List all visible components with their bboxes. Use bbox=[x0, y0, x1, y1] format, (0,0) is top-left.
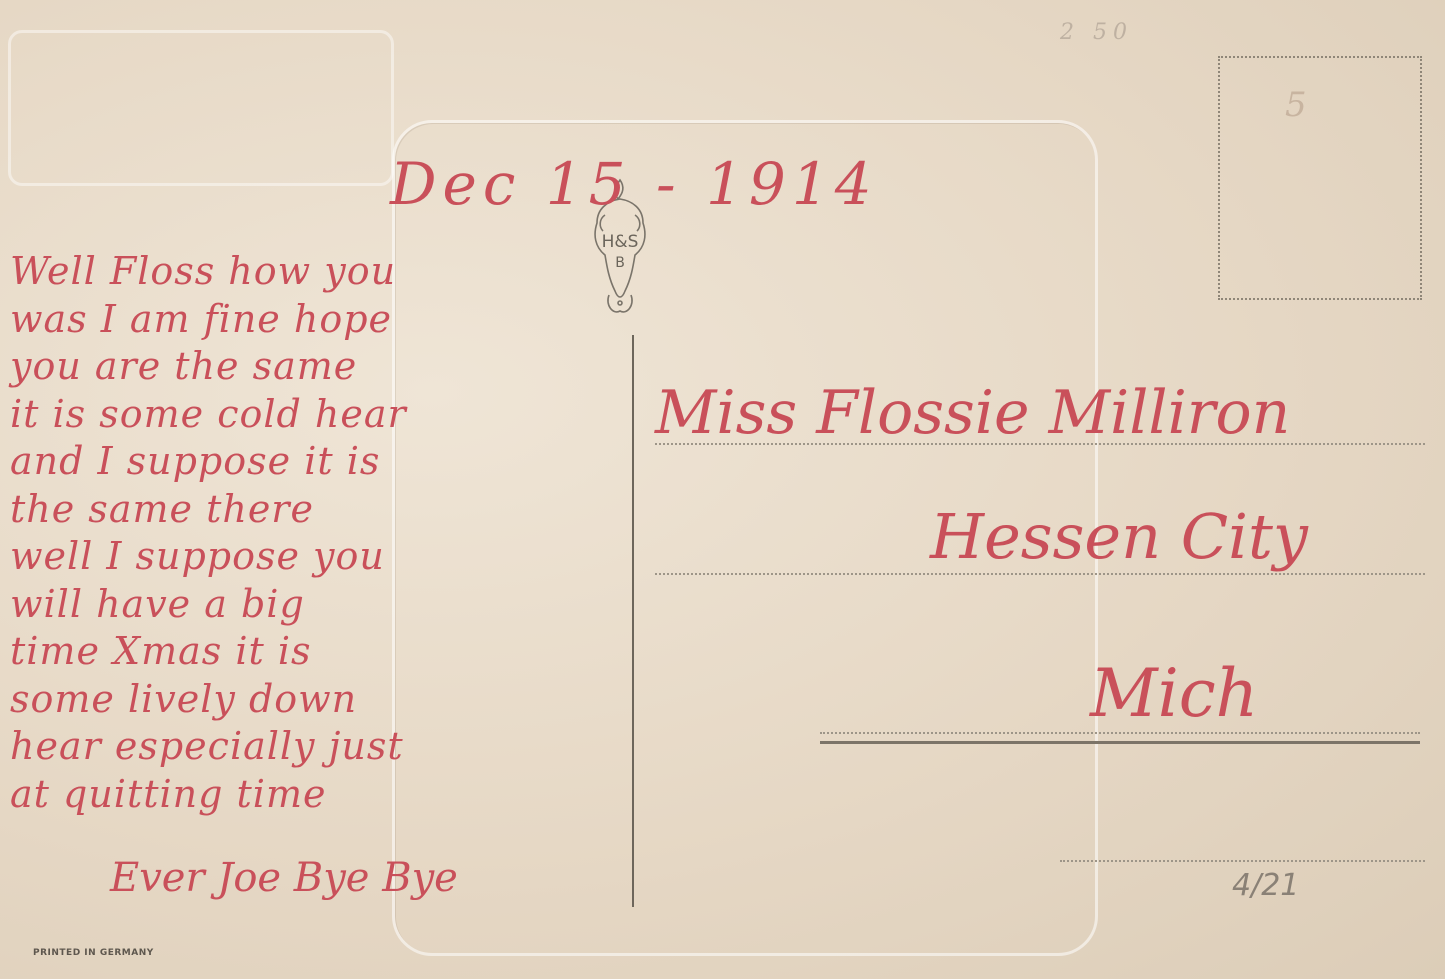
message-line: some lively down bbox=[10, 676, 407, 724]
logo-text-b: B bbox=[585, 255, 655, 271]
embossed-frame-decoration bbox=[8, 30, 394, 186]
handwritten-signature: Ever Joe Bye Bye bbox=[110, 855, 458, 901]
message-line: the same there bbox=[10, 486, 407, 534]
message-line: Well Floss how you bbox=[10, 248, 407, 296]
address-line-2 bbox=[655, 573, 1425, 575]
recipient-city: Hessen City bbox=[930, 500, 1308, 573]
message-line: and I suppose it is bbox=[10, 438, 407, 486]
logo-text-hs: H&S bbox=[585, 232, 655, 252]
message-line: well I suppose you bbox=[10, 533, 407, 581]
message-line: hear especially just bbox=[10, 723, 407, 771]
embossed-numeral: 5 bbox=[1285, 85, 1307, 125]
handwritten-message: Well Floss how you was I am fine hope yo… bbox=[10, 248, 407, 818]
address-line-3 bbox=[820, 732, 1420, 734]
message-line: you are the same bbox=[10, 343, 407, 391]
message-line: it is some cold hear bbox=[10, 391, 407, 439]
pencil-note-top: 2 50 bbox=[1060, 20, 1133, 45]
stamp-box bbox=[1218, 56, 1422, 300]
address-line-4 bbox=[1060, 860, 1425, 862]
handwritten-date: Dec 15 - 1914 bbox=[390, 150, 878, 218]
recipient-state: Mich bbox=[1090, 655, 1258, 732]
center-divider-line bbox=[632, 335, 634, 907]
printed-in-germany-imprint: PRINTED IN GERMANY bbox=[33, 948, 154, 958]
message-line: time Xmas it is bbox=[10, 628, 407, 676]
message-line: will have a big bbox=[10, 581, 407, 629]
pencil-note-bottom: 4/21 bbox=[1232, 868, 1299, 903]
postcard-back: 2 50 5 H&S B Dec 15 - 1914 Well Floss ho… bbox=[0, 0, 1445, 979]
message-line: was I am fine hope bbox=[10, 296, 407, 344]
address-line-solid bbox=[820, 741, 1420, 744]
recipient-name: Miss Flossie Milliron bbox=[655, 378, 1290, 448]
message-line: at quitting time bbox=[10, 771, 407, 819]
